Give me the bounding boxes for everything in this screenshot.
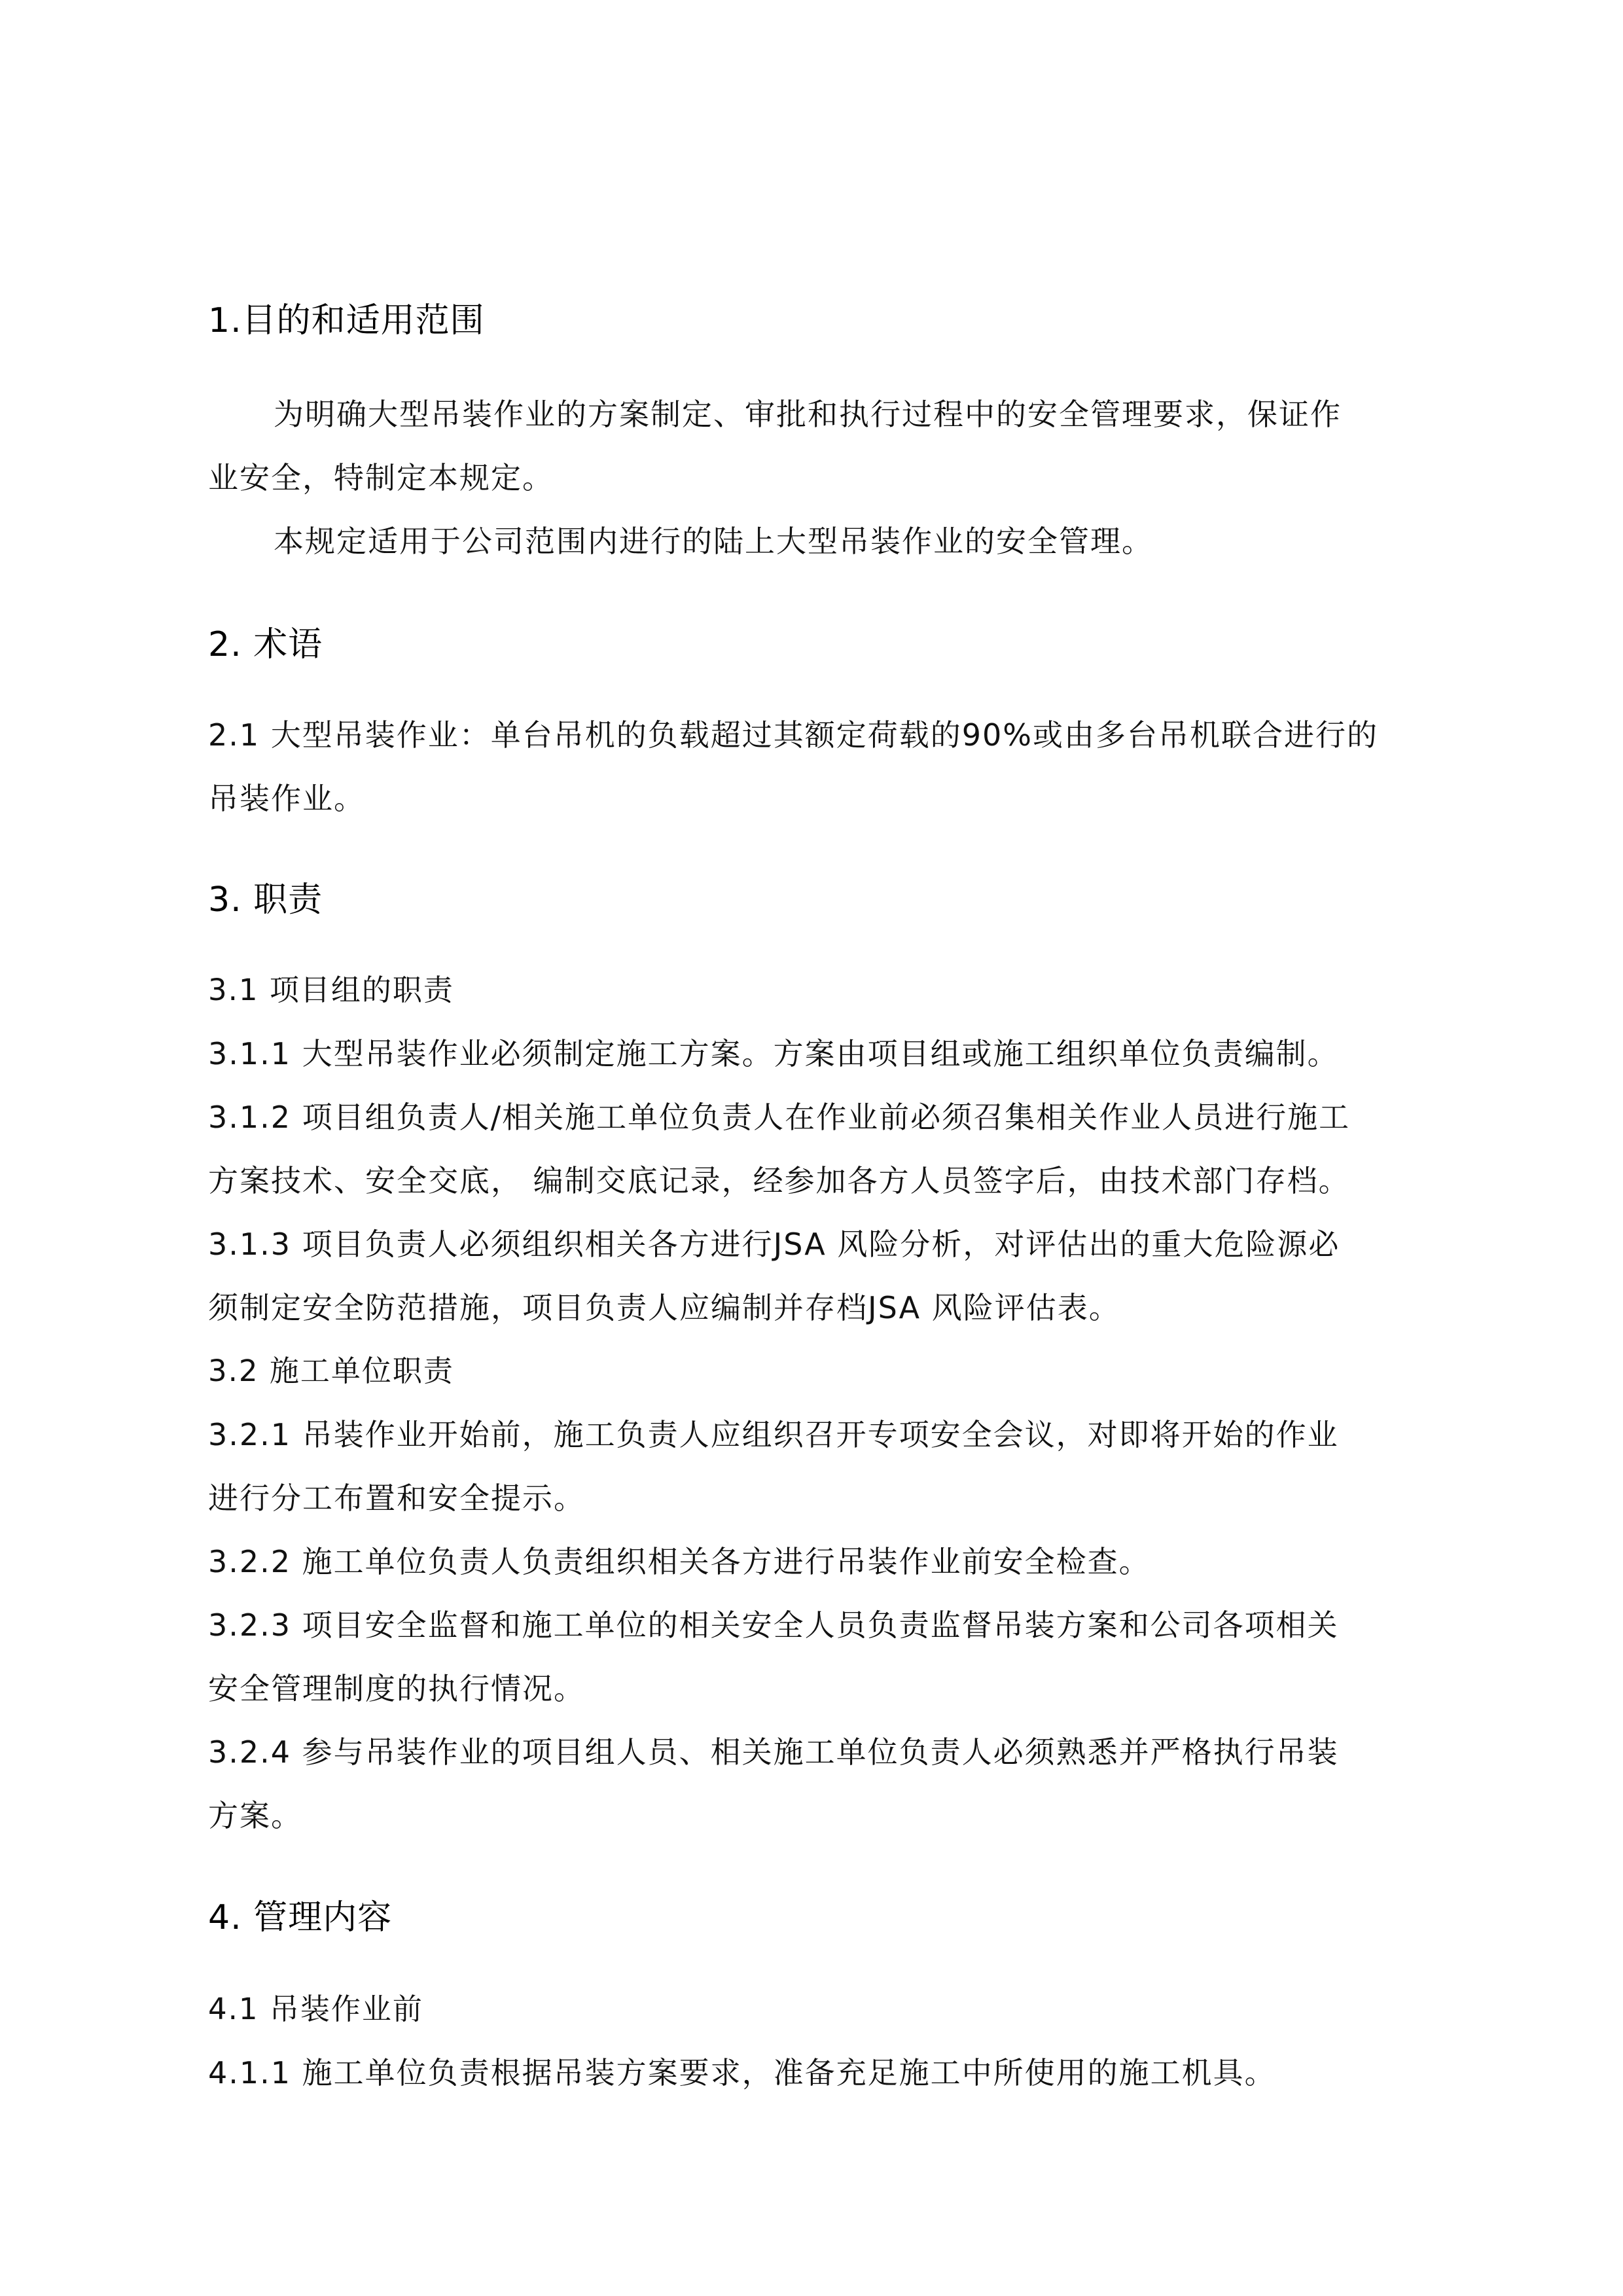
subsection-heading-3-2: 3.2 施工单位职责 <box>208 1352 454 1391</box>
term-2-1-line-2: 吊装作业。 <box>208 779 365 818</box>
subsection-heading-3-1: 3.1 项目组的职责 <box>208 971 454 1010</box>
clause-3-2-3-line-1: 3.2.3 项目安全监督和施工单位的相关安全人员负责监督吊装方案和公司各项相关 <box>208 1605 1339 1645</box>
clause-3-1-2-line-1: 3.1.2 项目组负责人/相关施工单位负责人在作业前必须召集相关作业人员进行施工 <box>208 1098 1350 1137</box>
clause-4-1-1: 4.1.1 施工单位负责根据吊装方案要求，准备充足施工中所使用的施工机具。 <box>208 2053 1276 2092</box>
subsection-heading-4-1: 4.1 吊装作业前 <box>208 1990 423 2029</box>
section-heading-management: 4. 管理内容 <box>208 1895 392 1941</box>
clause-3-2-2: 3.2.2 施工单位负责人负责组织相关各方进行吊装作业前安全检查。 <box>208 1542 1150 1581</box>
clause-3-1-1: 3.1.1 大型吊装作业必须制定施工方案。方案由项目组或施工组织单位负责编制。 <box>208 1034 1339 1073</box>
clause-3-1-3-line-2: 须制定安全防范措施，项目负责人应编制并存档JSA 风险评估表。 <box>208 1288 1120 1327</box>
section-heading-terms: 2. 术语 <box>208 622 323 668</box>
paragraph-purpose-line-2: 业安全，特制定本规定。 <box>208 458 554 497</box>
clause-3-1-3-line-1: 3.1.3 项目负责人必须组织相关各方进行JSA 风险分析，对评估出的重大危险源… <box>208 1225 1340 1264</box>
section-heading-purpose-scope: 1.目的和适用范围 <box>208 298 485 344</box>
clause-3-1-2-line-2: 方案技术、安全交底， 编制交底记录，经参加各方人员签字后，由技术部门存档。 <box>208 1161 1350 1200</box>
clause-3-2-3-line-2: 安全管理制度的执行情况。 <box>208 1669 585 1708</box>
term-2-1-line-1: 2.1 大型吊装作业：单台吊机的负载超过其额定荷载的90%或由多台吊机联合进行的 <box>208 715 1378 755</box>
clause-3-2-1-line-1: 3.2.1 吊装作业开始前，施工负责人应组织召开专项安全会议，对即将开始的作业 <box>208 1415 1339 1454</box>
section-heading-responsibilities: 3. 职责 <box>208 877 323 923</box>
document-page: 1.目的和适用范围 为明确大型吊装作业的方案制定、审批和执行过程中的安全管理要求… <box>0 0 1623 2296</box>
paragraph-scope: 本规定适用于公司范围内进行的陆上大型吊装作业的安全管理。 <box>274 522 1153 561</box>
clause-3-2-1-line-2: 进行分工布置和安全提示。 <box>208 1479 585 1518</box>
clause-3-2-4-line-1: 3.2.4 参与吊装作业的项目组人员、相关施工单位负责人必须熟悉并严格执行吊装 <box>208 1732 1339 1772</box>
paragraph-purpose-line-1: 为明确大型吊装作业的方案制定、审批和执行过程中的安全管理要求，保证作 <box>274 395 1342 434</box>
clause-3-2-4-line-2: 方案。 <box>208 1796 302 1835</box>
